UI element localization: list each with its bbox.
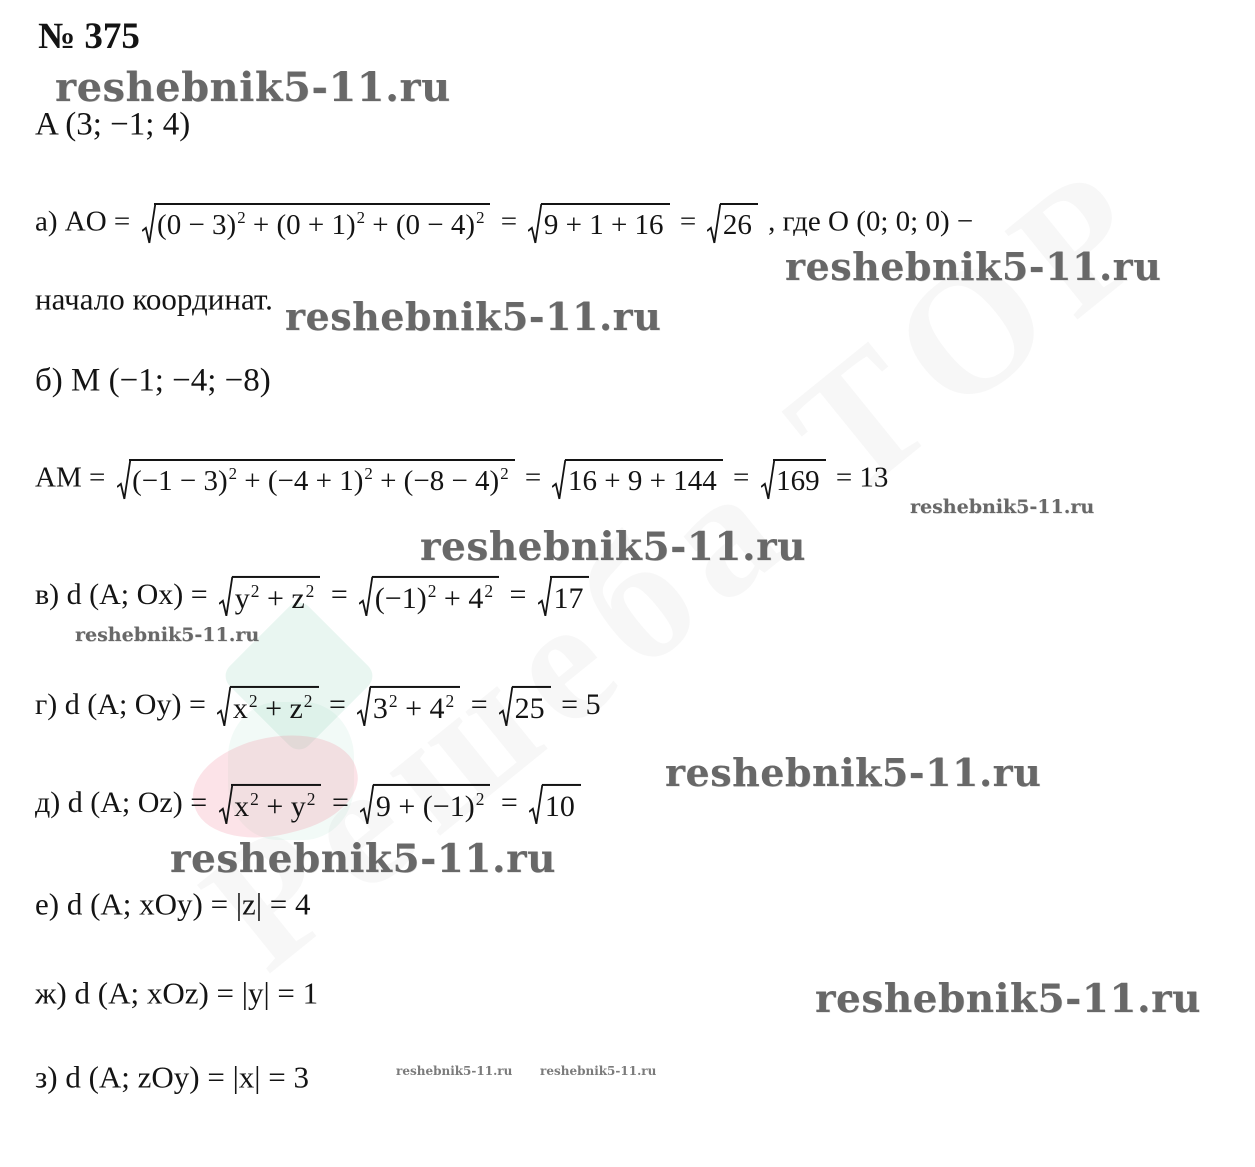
square-root: (−1 − 3)2 + (−4 + 1)2 + (−8 − 4)2 xyxy=(117,459,515,501)
problem-number: № 375 xyxy=(38,14,140,60)
case-e-distance-xoy: е) d (A; xOy) = |z| = 4 xyxy=(35,886,311,925)
site-watermark: reshebnik5-11.ru xyxy=(396,1064,512,1078)
square-root: 16 + 9 + 144 xyxy=(552,459,722,501)
site-watermark: reshebnik5-11.ru xyxy=(815,976,1201,1022)
square-root: 9 + 1 + 16 xyxy=(528,203,669,245)
site-watermark: reshebnik5-11.ru xyxy=(170,836,556,882)
site-watermark: reshebnik5-11.ru xyxy=(420,524,806,570)
site-watermark: reshebnik5-11.ru xyxy=(285,294,661,339)
square-root: 9 + (−1)2 xyxy=(360,784,490,826)
square-root: 25 xyxy=(499,686,551,728)
case-d-distance-oz: д) d (A; Oz) = x2 + y2 = 9 + (−1)2 = 10 xyxy=(35,784,584,826)
case-a-distance-ao: а) AO = (0 − 3)2 + (0 + 1)2 + (0 − 4)2 =… xyxy=(35,203,973,245)
square-root: 10 xyxy=(529,784,581,826)
origin-note: начало координат. xyxy=(35,281,273,320)
square-root: 169 xyxy=(761,459,826,501)
site-watermark: reshebnik5-11.ru xyxy=(55,64,451,111)
case-z-distance-zoy: з) d (A; zOy) = |x| = 3 xyxy=(35,1059,309,1098)
site-watermark: reshebnik5-11.ru xyxy=(540,1064,656,1078)
square-root: x2 + y2 xyxy=(219,784,322,826)
square-root: x2 + z2 xyxy=(217,686,318,728)
logo-blob-mint-diamond xyxy=(220,597,378,755)
site-watermark: reshebnik5-11.ru xyxy=(785,244,1161,289)
square-root: 26 xyxy=(707,203,758,245)
scanned-solution-page: Решеба ТОР № 375 A (3; −1; 4) а) AO = (0… xyxy=(0,0,1255,1167)
site-watermark: reshebnik5-11.ru xyxy=(910,496,1094,518)
square-root: (−1)2 + 42 xyxy=(359,576,499,618)
case-b-point-m: б) M (−1; −4; −8) xyxy=(35,360,271,401)
case-v-distance-ox: в) d (A; Ox) = y2 + z2 = (−1)2 + 42 = 17 xyxy=(35,576,592,618)
case-zh-distance-xoz: ж) d (A; xOz) = |y| = 1 xyxy=(35,975,318,1014)
square-root: (0 − 3)2 + (0 + 1)2 + (0 − 4)2 xyxy=(142,203,491,245)
square-root: 17 xyxy=(538,576,590,618)
square-root: y2 + z2 xyxy=(219,576,320,618)
case-b-distance-am: AM = (−1 − 3)2 + (−4 + 1)2 + (−8 − 4)2 =… xyxy=(35,459,888,501)
case-g-distance-oy: г) d (A; Oy) = x2 + z2 = 32 + 42 = 25 = … xyxy=(35,686,601,728)
site-watermark: reshebnik5-11.ru xyxy=(75,624,259,646)
site-watermark: reshebnik5-11.ru xyxy=(665,750,1041,795)
square-root: 32 + 42 xyxy=(357,686,460,728)
